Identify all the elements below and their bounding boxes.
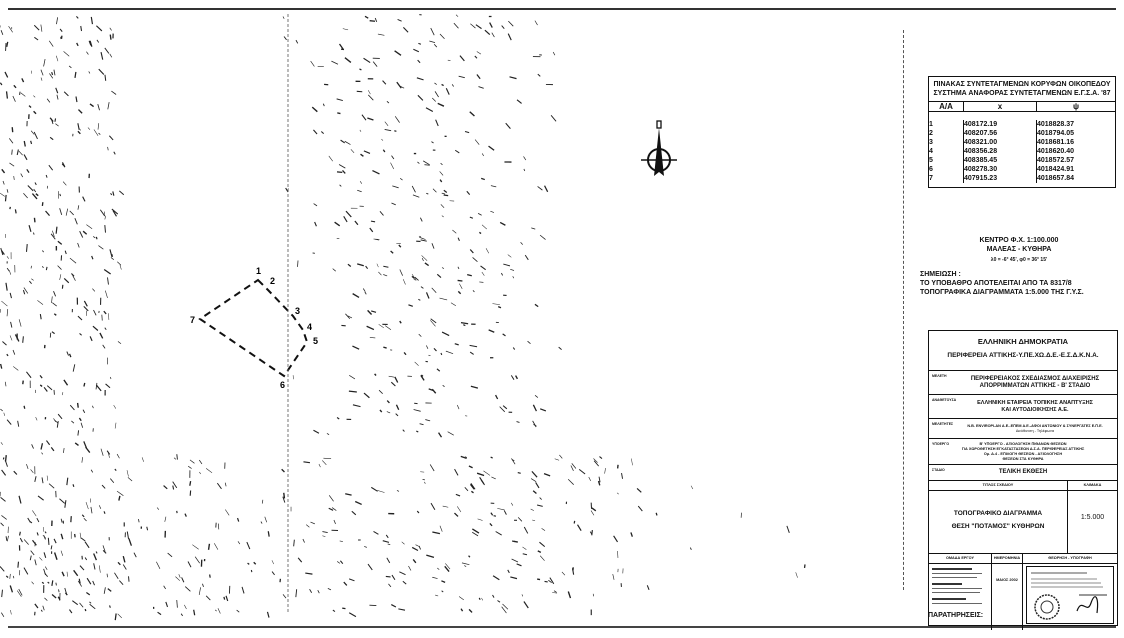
coordinates-title-line2: ΣΥΣΤΗΜΑ ΑΝΑΦΟΡΑΣ ΣΥΝΤΕΤΑΓΜΕΝΩΝ Ε.Γ.Σ.Α. … [931,89,1113,98]
signature-icon [1077,597,1098,613]
client-label: ΑΝΑΘΕΤΟΥΣΑ [932,398,956,402]
drawing-title-label: ΤΙΤΛΟΣ ΣΧΕΔΙΟΥ [929,481,1067,491]
project-line2: ΑΠΟΡΡΙΜΜΑΤΩΝ ΑΤΤΙΚΗΣ - Β' ΣΤΑΔΙΟ [929,383,1117,390]
date-value: ΜΑΙΟΣ 2002 [992,578,1022,583]
info-panel: ΠΙΝΑΚΑΣ ΣΥΝΤΕΤΑΓΜΕΝΩΝ ΚΟΡΥΦΩΝ ΟΙΚΟΠΕΔΟΥ … [910,14,1118,626]
coordinate-cell-aa: 4 [929,147,963,156]
subproject-row: ΥΠΟΕΡΓΟ Β' ΥΠΟΕΡΓΟ - ΑΞΙΟΛΟΓΗΣΗ ΠΙΘΑΝΩΝ … [929,439,1117,465]
header-aa: Α/Α [929,102,964,111]
plot-vertex-label: 4 [307,322,312,332]
title-block: ΕΛΛΗΝΙΚΗ ΔΗΜΟΚΡΑΤΙΑ ΠΕΡΙΦΕΡΕΙΑ ΑΤΤΙΚΗΣ-Υ… [928,330,1118,626]
coordinate-cell-aa: 7 [929,174,963,183]
sheet-border-top [8,8,1116,10]
plot-vertex-label: 6 [280,380,285,390]
phase-value: ΤΕΛΙΚΗ ΕΚΘΕΣΗ [929,468,1117,477]
approval-cell: ΘΕΩΡΗΣΗ - ΥΠΟΓΡΑΦΗ [1023,554,1117,630]
coordinate-cell-y: 4018620.40 [1037,147,1115,156]
authority-row: ΕΛΛΗΝΙΚΗ ΔΗΜΟΚΡΑΤΙΑ ΠΕΡΙΦΕΡΕΙΑ ΑΤΤΙΚΗΣ-Υ… [929,331,1117,371]
coordinate-cell-x: 408207.56 [964,129,1036,138]
coordinate-cell-aa: 5 [929,156,963,165]
coordinate-cell-x: 407915.23 [964,174,1036,183]
coordinate-cell-y: 4018572.57 [1037,156,1115,165]
coordinate-cell-aa: 2 [929,129,963,138]
client-line1: ΕΛΛΗΝΙΚΗ ΕΤΑΙΡΕΙΑ ΤΟΠΙΚΗΣ ΑΝΑΠΤΥΞΗΣ [929,400,1117,407]
subproject-label: ΥΠΟΕΡΓΟ [932,442,949,446]
center-sheet-name: ΜΑΛΕΑΣ - ΚΥΘΗΡΑ [920,245,1118,254]
note-line1: ΤΟ ΥΠΟΒΑΘΡΟ ΑΠΟΤΕΛΕΙΤΑΙ ΑΠΟ ΤΑ 8317/8 [920,279,1118,288]
note-line2: ΤΟΠΟΓΡΑΦΙΚΑ ΔΙΑΓΡΑΜΜΑΤΑ 1:5.000 ΤΗΣ Γ.Υ.… [920,288,1118,297]
drawing-title-row: ΤΙΤΛΟΣ ΣΧΕΔΙΟΥ ΤΟΠΟΓΡΑΦΙΚΟ ΔΙΑΓΡΑΜΜΑ ΘΕΣ… [929,481,1117,554]
terrain-hatching [0,15,805,620]
drawing-title-cell: ΤΙΤΛΟΣ ΣΧΕΔΙΟΥ ΤΟΠΟΓΡΑΦΙΚΟ ΔΙΑΓΡΑΜΜΑ ΘΕΣ… [929,481,1068,553]
team-label: ΟΜΑΔΑ ΕΡΓΟΥ [929,554,991,564]
date-label: ΗΜΕΡΟΜΗΝΙΑ [992,554,1022,564]
plot-vertex-label: 5 [313,336,318,346]
approval-label: ΘΕΩΡΗΣΗ - ΥΠΟΓΡΑΦΗ [1023,554,1117,564]
drawing-title-line2: ΘΕΣΗ "ΠΟΤΑΜΟΣ" ΚΥΘΗΡΩΝ [929,522,1067,531]
scale-cell: ΚΛΙΜΑΚΑ 1:5.000 [1068,481,1117,553]
coordinates-title-line1: ΠΙΝΑΚΑΣ ΣΥΝΤΕΤΑΓΜΕΝΩΝ ΚΟΡΥΦΩΝ ΟΙΚΟΠΕΔΟΥ [931,80,1113,89]
center-sheet-coords: λ0 = -6° 45', φ0 = 36° 15' [920,256,1118,265]
official-seal-icon [1035,595,1059,619]
remarks-label: ΠΑΡΑΤΗΡΗΣΕΙΣ: [928,612,983,619]
coordinate-cell-x: 408278.30 [964,165,1036,174]
coordinate-cell-x: 408356.28 [964,147,1036,156]
subproject-line4: ΘΕΣΕΩΝ ΣΤΑ ΚΥΘΗΡΑ [929,457,1117,462]
map-sheet-center: ΚΕΝΤΡΟ Φ.Χ. 1:100.000 ΜΑΛΕΑΣ - ΚΥΘΗΡΑ λ0… [920,236,1118,265]
coordinate-cell-y: 4018657.84 [1037,174,1115,183]
project-line1: ΠΕΡΙΦΕΡΕΙΑΚΟΣ ΣΧΕΔΙΑΣΜΟΣ ΔΙΑΧΕΙΡΙΣΗΣ [929,376,1117,383]
region-label: ΠΕΡΙΦΕΡΕΙΑ ΑΤΤΙΚΗΣ-Υ.ΠΕ.ΧΩ.Δ.Ε.-Ε.Σ.Δ.Κ.… [929,351,1117,360]
consultant-label: ΜΕΛΕΤΗΤΕΣ [932,422,953,426]
header-x: x [964,102,1037,111]
coordinates-table-title: ΠΙΝΑΚΑΣ ΣΥΝΤΕΤΑΓΜΕΝΩΝ ΚΟΡΥΦΩΝ ΟΙΚΟΠΕΔΟΥ … [929,77,1115,102]
coordinate-cell-y: 4018794.05 [1037,129,1115,138]
consultant-row: ΜΕΛΕΤΗΤΕΣ Ν.Β. ENVIROPLAN Α.Ε.-ΕΠΕΜ Α.Ε.… [929,419,1117,439]
phase-row: ΣΤΑΔΙΟ ΤΕΛΙΚΗ ΕΚΘΕΣΗ [929,465,1117,481]
column-aa: 1234567 [929,120,964,183]
coordinate-cell-aa: 1 [929,120,963,129]
header-y: ψ [1037,102,1115,111]
column-y: 4018828.374018794.054018681.164018620.40… [1037,120,1115,183]
approval-stamp [1026,566,1114,624]
topographic-map: 1234567 [0,14,905,624]
center-sheet-label: ΚΕΝΤΡΟ Φ.Χ. 1:100.000 [920,236,1118,245]
consultant-line2: Διεύθυνση - Τηλέφωνα [929,429,1117,434]
panel-divider [903,30,905,590]
plot-boundary [200,280,307,376]
client-line2: ΚΑΙ ΑΥΤΟΔΙΟΙΚΗΣΗΣ Α.Ε. [929,407,1117,414]
note-heading: ΣΗΜΕΙΩΣΗ : [920,270,1118,279]
coordinate-cell-x: 408321.00 [964,138,1036,147]
scale-label: ΚΛΙΜΑΚΑ [1068,481,1117,491]
plot-vertex-label: 1 [256,266,261,276]
plot-vertex-label: 2 [270,276,275,286]
coordinate-cell-y: 4018424.91 [1037,165,1115,174]
project-row: ΜΕΛΕΤΗ ΠΕΡΙΦΕΡΕΙΑΚΟΣ ΣΧΕΔΙΑΣΜΟΣ ΔΙΑΧΕΙΡΙ… [929,371,1117,395]
date-cell: ΗΜΕΡΟΜΗΝΙΑ ΜΑΙΟΣ 2002 [992,554,1023,630]
coordinates-table-header: Α/Α x ψ [929,102,1115,112]
coordinate-cell-y: 4018681.16 [1037,138,1115,147]
project-label: ΜΕΛΕΤΗ [932,374,947,378]
scale-value: 1:5.000 [1068,513,1117,522]
plot-vertex-labels: 1234567 [190,266,318,390]
client-row: ΑΝΑΘΕΤΟΥΣΑ ΕΛΛΗΝΙΚΗ ΕΤΑΙΡΕΙΑ ΤΟΠΙΚΗΣ ΑΝΑ… [929,395,1117,419]
republic-label: ΕΛΛΗΝΙΚΗ ΔΗΜΟΚΡΑΤΙΑ [929,337,1117,346]
map-note: ΣΗΜΕΙΩΣΗ : ΤΟ ΥΠΟΒΑΘΡΟ ΑΠΟΤΕΛΕΙΤΑΙ ΑΠΟ Τ… [920,270,1118,297]
coordinate-cell-x: 408172.19 [964,120,1036,129]
coordinates-table-body: 1234567 408172.19408207.56408321.0040835… [929,112,1115,187]
coordinate-cell-y: 4018828.37 [1037,120,1115,129]
coordinate-cell-x: 408385.45 [964,156,1036,165]
north-arrow-icon [641,120,677,190]
coordinate-cell-aa: 6 [929,165,963,174]
coordinates-table: ΠΙΝΑΚΑΣ ΣΥΝΤΕΤΑΓΜΕΝΩΝ ΚΟΡΥΦΩΝ ΟΙΚΟΠΕΔΟΥ … [928,76,1116,188]
column-x: 408172.19408207.56408321.00408356.284083… [964,120,1037,183]
plot-vertex-label: 7 [190,315,195,325]
phase-label: ΣΤΑΔΙΟ [932,468,945,472]
plot-vertex-label: 3 [295,306,300,316]
drawing-title-line1: ΤΟΠΟΓΡΑΦΙΚΟ ΔΙΑΓΡΑΜΜΑ [929,509,1067,518]
coordinate-cell-aa: 3 [929,138,963,147]
